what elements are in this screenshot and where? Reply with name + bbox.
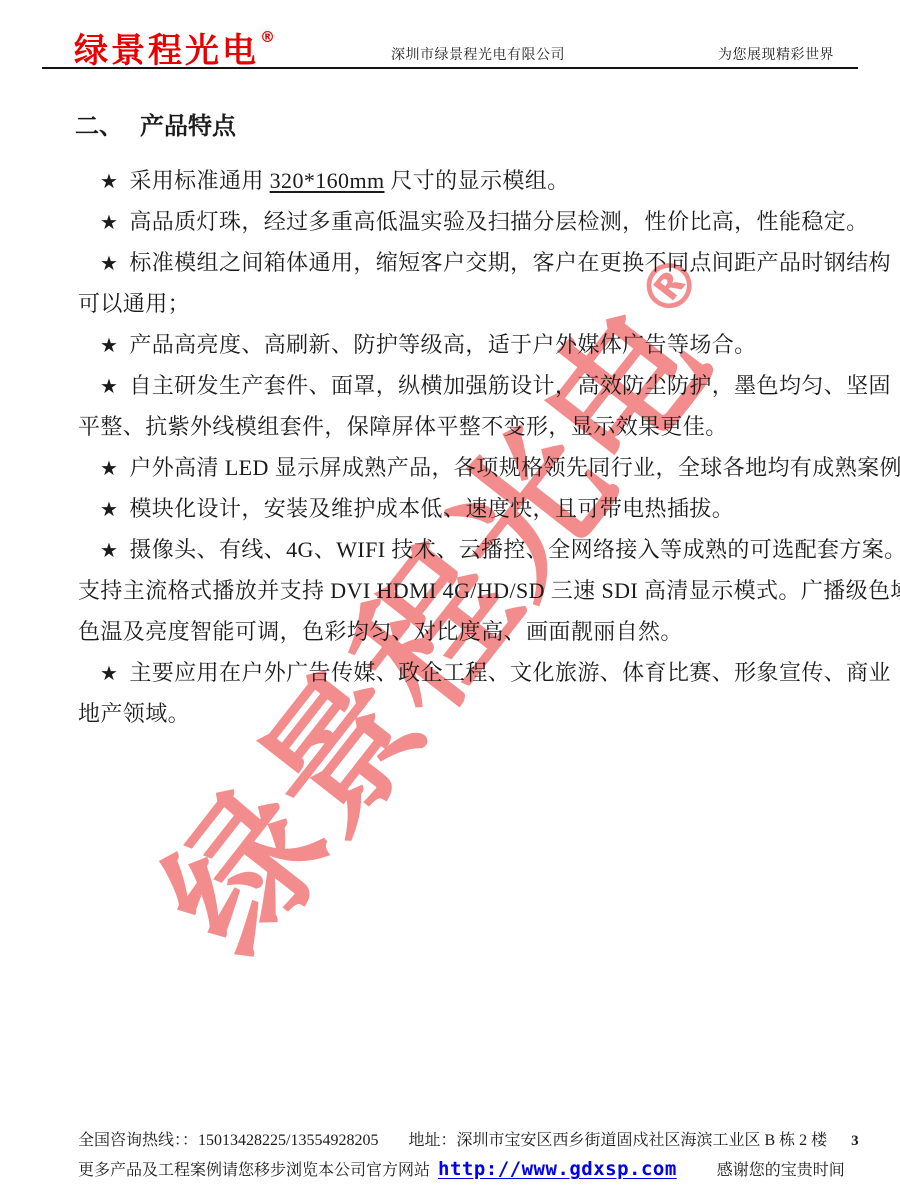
feature-text: 可以通用；: [78, 291, 190, 316]
feature-text: 户外高清 LED 显示屏成熟产品，各项规格领先同行业，全球各地均有成熟案例。: [129, 455, 900, 480]
feature-text: 尺寸的显示模组。: [384, 168, 569, 193]
feature-text: 地产领域。: [78, 701, 190, 726]
star-bullet-icon: ★: [100, 335, 118, 357]
feature-line: ★标准模组之间箱体通用，缩短客户交期，客户在更换不同点间距产品时钢结构: [78, 242, 870, 283]
section-number: 二、: [75, 114, 123, 140]
feature-line: ★产品高亮度、高刷新、防护等级高，适于户外媒体广告等场合。: [78, 324, 870, 365]
feature-text: 主要应用在户外广告传媒、政企工程、文化旅游、体育比赛、形象宣传、商业: [129, 660, 891, 685]
feature-text: 采用标准通用: [129, 168, 269, 193]
feature-line: ★摄像头、有线、4G、WIFI 技术、云播控、全网络接入等成熟的可选配套方案。: [78, 529, 870, 570]
footer-line-2: 更多产品及工程案例请您移步浏览本公司官方网站http://www.gdxsp.c…: [78, 1155, 870, 1183]
feature-line: ★高品质灯珠，经过多重高低温实验及扫描分层检测，性价比高，性能稳定。: [78, 201, 870, 242]
registered-trademark-icon: ®: [260, 28, 275, 46]
page-number: 3: [851, 1133, 859, 1149]
feature-text: 标准模组之间箱体通用，缩短客户交期，客户在更换不同点间距产品时钢结构: [129, 250, 891, 275]
feature-text: 高品质灯珠，经过多重高低温实验及扫描分层检测，性价比高，性能稳定。: [129, 209, 868, 234]
star-bullet-icon: ★: [100, 376, 118, 398]
feature-text: 产品高亮度、高刷新、防护等级高，适于户外媒体广告等场合。: [129, 332, 756, 357]
feature-line: ★自主研发生产套件、面罩，纵横加强筋设计，高效防尘防护，墨色均匀、坚固: [78, 365, 870, 406]
feature-text: 色温及亮度智能可调，色彩均匀、对比度高、画面靓丽自然。: [78, 619, 683, 644]
feature-text: 平整、抗紫外线模组套件，保障屏体平整不变形，显示效果更佳。: [78, 414, 728, 439]
star-bullet-icon: ★: [100, 663, 118, 685]
star-bullet-icon: ★: [100, 253, 118, 275]
section-title: 二、产品特点: [75, 106, 236, 141]
feature-text-underlined: 320*160mm: [270, 168, 385, 193]
star-bullet-icon: ★: [100, 212, 118, 234]
feature-line-continuation: 支持主流格式播放并支持 DVI HDMI 4G/HD/SD 三速 SDI 高清显…: [78, 570, 870, 611]
website-lead-text: 更多产品及工程案例请您移步浏览本公司官方网站: [78, 1162, 430, 1179]
feature-text: 自主研发生产套件、面罩，纵横加强筋设计，高效防尘防护，墨色均匀、坚固: [129, 373, 891, 398]
star-bullet-icon: ★: [100, 540, 118, 562]
hotline-text: 全国咨询热线：：15013428225/13554928205: [78, 1132, 378, 1149]
website-link[interactable]: http://www.gdxsp.com: [438, 1158, 677, 1180]
star-bullet-icon: ★: [100, 499, 118, 521]
address-text: 地址：深圳市宝安区西乡街道固戍社区海滨工业区 B 栋 2 楼: [408, 1132, 827, 1149]
feature-line-continuation: 可以通用；: [78, 283, 870, 324]
header-company-name: 深圳市绿景程光电有限公司: [391, 44, 565, 64]
feature-line-continuation: 平整、抗紫外线模组套件，保障屏体平整不变形，显示效果更佳。: [78, 406, 870, 447]
header-divider: [42, 67, 858, 69]
feature-text: 摄像头、有线、4G、WIFI 技术、云播控、全网络接入等成熟的可选配套方案。: [129, 537, 900, 562]
star-bullet-icon: ★: [100, 458, 118, 480]
feature-line-continuation: 色温及亮度智能可调，色彩均匀、对比度高、画面靓丽自然。: [78, 611, 870, 652]
page-footer: 全国咨询热线：：15013428225/13554928205地址：深圳市宝安区…: [78, 1127, 870, 1183]
feature-line: ★模块化设计，安装及维护成本低、速度快，且可带电热插拔。: [78, 488, 870, 529]
star-bullet-icon: ★: [100, 171, 118, 193]
document-page: 绿景程光电® 深圳市绿景程光电有限公司 为您展现精彩世界 绿景程光电® 二、产品…: [0, 0, 900, 1200]
feature-line: ★主要应用在户外广告传媒、政企工程、文化旅游、体育比赛、形象宣传、商业: [78, 652, 870, 693]
feature-text: 支持主流格式播放并支持 DVI HDMI 4G/HD/SD 三速 SDI 高清显…: [78, 578, 900, 603]
feature-line: ★户外高清 LED 显示屏成熟产品，各项规格领先同行业，全球各地均有成熟案例。: [78, 447, 870, 488]
feature-list: ★采用标准通用 320*160mm 尺寸的显示模组。 ★高品质灯珠，经过多重高低…: [78, 160, 870, 734]
section-title-text: 产品特点: [140, 114, 236, 140]
footer-line-1: 全国咨询热线：：15013428225/13554928205地址：深圳市宝安区…: [78, 1127, 870, 1155]
feature-text: 模块化设计，安装及维护成本低、速度快，且可带电热插拔。: [129, 496, 734, 521]
company-logo-text: 绿景程光电: [74, 31, 259, 71]
feature-line: ★采用标准通用 320*160mm 尺寸的显示模组。: [78, 160, 870, 201]
company-logo: 绿景程光电®: [74, 18, 275, 70]
header-slogan: 为您展现精彩世界: [718, 44, 834, 64]
thanks-text: 感谢您的宝贵时间: [717, 1162, 845, 1179]
feature-line-continuation: 地产领域。: [78, 693, 870, 734]
